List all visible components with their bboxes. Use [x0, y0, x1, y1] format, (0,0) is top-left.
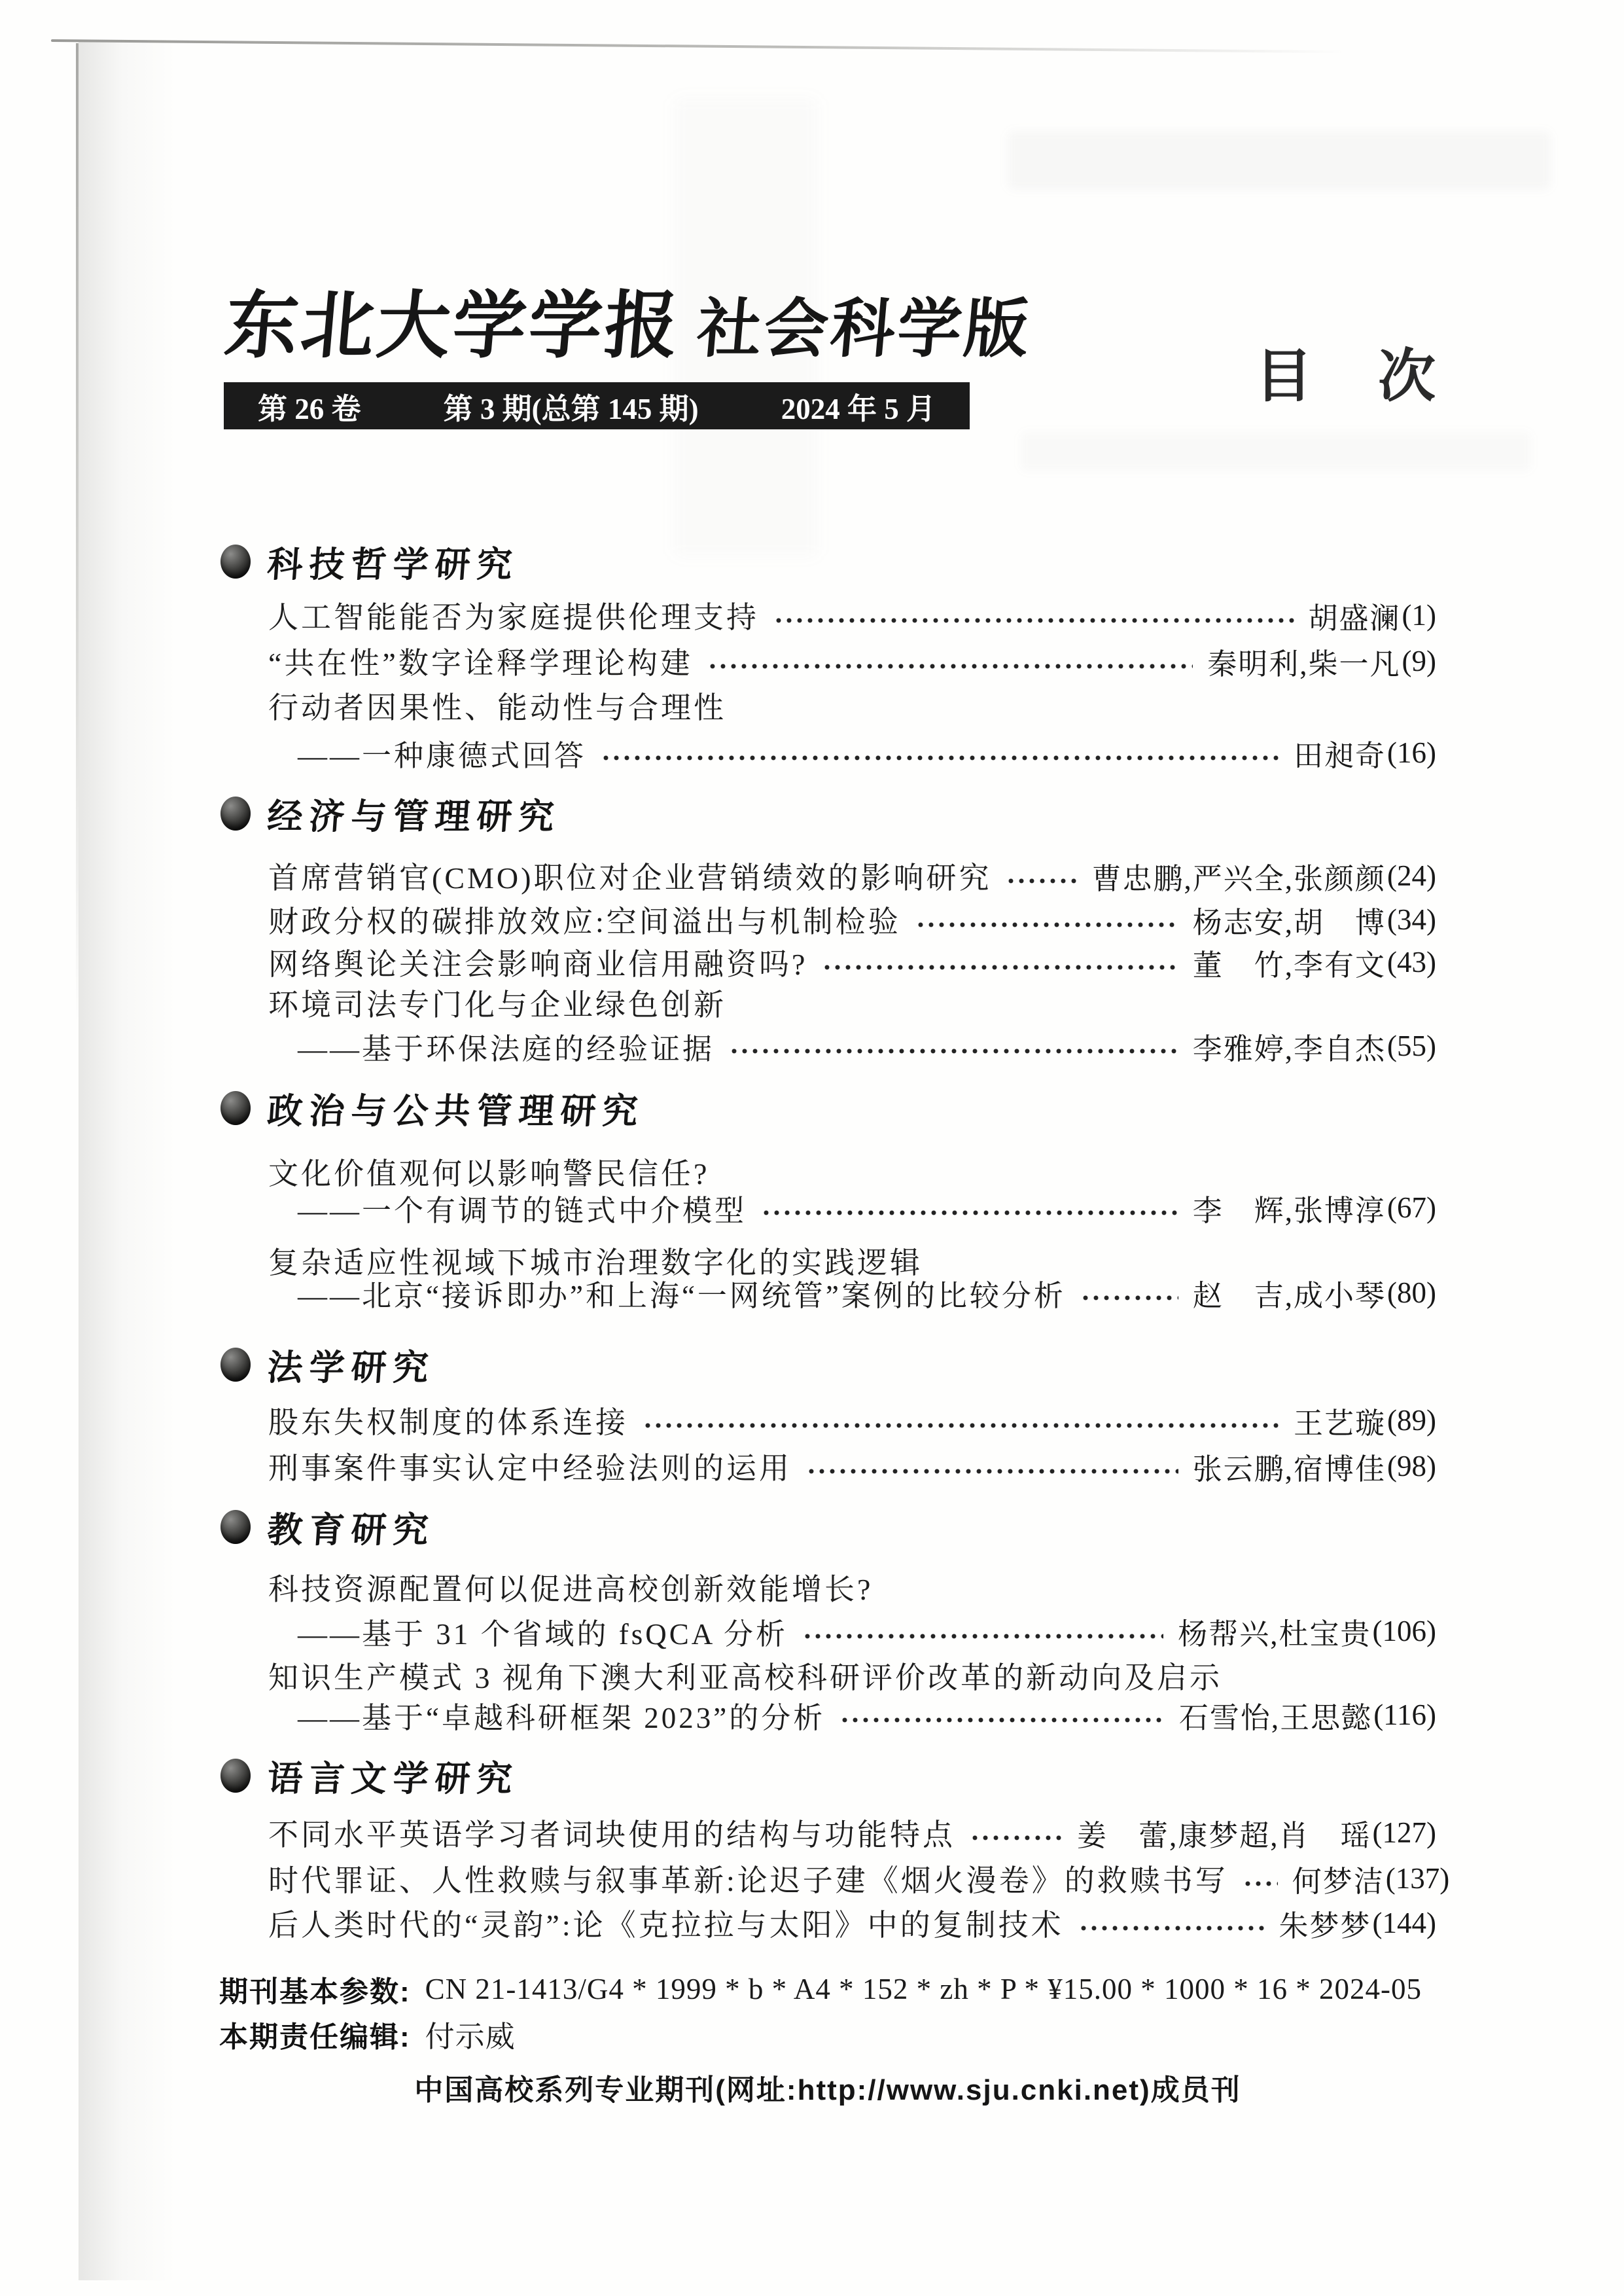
- dot-leader: [732, 1024, 1178, 1067]
- date-label: 2024 年 5 月: [781, 385, 936, 427]
- section-title: 教育研究: [266, 1502, 436, 1552]
- article-title: 首席营销官(CMO)职位对企业营销绩效的影响研究: [268, 854, 991, 897]
- article-authors: 何梦洁: [1292, 1857, 1385, 1900]
- toc-entry-subtitle: ——基于“卓越科研框架 2023”的分析 石雪怡,王思懿 (116): [219, 1693, 1436, 1736]
- article-authors: 秦明利,柴一凡: [1207, 640, 1400, 683]
- page-fold-shadow: [79, 42, 177, 2280]
- article-authors: 胡盛澜: [1309, 594, 1401, 637]
- dot-leader: [972, 1811, 1063, 1854]
- section-header: 科技哲学研究: [219, 537, 1436, 586]
- article-page: (24): [1387, 859, 1436, 893]
- toc-entry: 科技资源配置何以促进高校创新效能增长?: [219, 1566, 1436, 1609]
- membership-row: 中国高校系列专业期刊(网址:http://www.sju.cnki.net)成员…: [219, 2066, 1436, 2108]
- article-subtitle: ——基于环保法庭的经验证据: [298, 1025, 715, 1067]
- article-authors: 杨帮兴,杜宝贵: [1178, 1610, 1371, 1653]
- toc-entry-subtitle: ——北京“接诉即办”和上海“一网统管”案例的比较分析 赵 吉,成小琴 (80): [219, 1271, 1436, 1314]
- article-authors: 朱梦梦: [1279, 1902, 1371, 1945]
- article-page: (116): [1373, 1698, 1436, 1732]
- section-header: 经济与管理研究: [219, 789, 1436, 838]
- dot-leader: [1008, 854, 1077, 897]
- toc-entry-subtitle: ——基于环保法庭的经验证据 李雅婷,李自杰 (55): [219, 1024, 1436, 1067]
- article-page: (106): [1373, 1614, 1436, 1648]
- issue-info-bar: 第 26 卷 第 3 期(总第 145 期) 2024 年 5 月: [224, 382, 970, 429]
- dot-leader: [805, 1609, 1163, 1653]
- section-bullet-icon: [221, 1091, 251, 1125]
- section-bullet-icon: [221, 545, 251, 579]
- issue-label: 第 3 期(总第 145 期): [444, 385, 699, 427]
- dot-leader: [710, 639, 1193, 683]
- article-title: 网络舆论关注会影响商业信用融资吗?: [268, 941, 807, 984]
- article-authors: 董 竹,李有文: [1193, 941, 1386, 984]
- article-subtitle: ——北京“接诉即办”和上海“一网统管”案例的比较分析: [298, 1272, 1066, 1314]
- dot-leader: [764, 1186, 1178, 1229]
- toc-entry: 首席营销官(CMO)职位对企业营销绩效的影响研究 曹忠鹏,严兴全,张颜颜 (24…: [219, 854, 1436, 897]
- membership-text: 中国高校系列专业期刊(网址:http://www.sju.cnki.net)成员…: [414, 2066, 1241, 2108]
- article-title: 科技资源配置何以促进高校创新效能增长?: [268, 1566, 873, 1609]
- toc-entry: 环境司法专门化与企业绿色创新: [219, 981, 1436, 1024]
- section-bullet-icon: [221, 1510, 251, 1544]
- article-page: (55): [1387, 1029, 1436, 1063]
- toc-entry: 知识生产模式 3 视角下澳大利亚高校科研评价改革的新动向及启示: [219, 1654, 1436, 1697]
- article-authors: 杨志安,胡 博: [1193, 899, 1386, 941]
- toc-entry-subtitle: ——一个有调节的链式中介模型 李 辉,张博淳 (67): [219, 1186, 1436, 1229]
- article-subtitle: ——一种康德式回答: [298, 732, 586, 774]
- parameters-label: 期刊基本参数:: [219, 1968, 411, 2010]
- dot-leader: [842, 1693, 1165, 1736]
- toc-entry: 行动者因果性、能动性与合理性: [219, 684, 1436, 727]
- article-title: 知识生产模式 3 视角下澳大利亚高校科研评价改革的新动向及启示: [268, 1654, 1222, 1697]
- journal-parameters-row: 期刊基本参数: CN 21-1413/G4 * 1999 * b * A4 * …: [219, 1968, 1436, 2010]
- section-bullet-icon: [221, 1759, 251, 1793]
- parameters-value: CN 21-1413/G4 * 1999 * b * A4 * 152 * zh…: [425, 1972, 1422, 2006]
- page-left-edge: [76, 43, 79, 1025]
- article-page: (80): [1387, 1276, 1436, 1310]
- toc-entry: 后人类时代的“灵韵”:论《克拉拉与太阳》中的复制技术 朱梦梦 (144): [219, 1901, 1436, 1945]
- toc-entry-subtitle: ——一种康德式回答 田昶奇 (16): [219, 731, 1436, 774]
- page-top-edge: [51, 39, 1399, 54]
- article-subtitle: ——基于 31 个省域的 fsQCA 分析: [298, 1610, 788, 1653]
- section-title: 法学研究: [266, 1340, 436, 1390]
- volume-label: 第 26 卷: [258, 385, 361, 427]
- article-title: 时代罪证、人性救赎与叙事革新:论迟子建《烟火漫卷》的救赎书写: [268, 1857, 1228, 1900]
- article-page: (89): [1387, 1403, 1436, 1437]
- journal-title: 东北大学学报社会科学版: [221, 267, 1036, 372]
- article-authors: 李雅婷,李自杰: [1193, 1025, 1386, 1067]
- bleed-through-ghost: [1008, 131, 1551, 190]
- dot-leader: [645, 1399, 1279, 1442]
- editor-row: 本期责任编辑: 付示威: [219, 2013, 1436, 2055]
- article-page: (98): [1387, 1449, 1436, 1483]
- article-subtitle: ——一个有调节的链式中介模型: [298, 1187, 747, 1229]
- scanned-page: 东北大学学报社会科学版 目 次 第 26 卷 第 3 期(总第 145 期) 2…: [0, 0, 1624, 2296]
- toc-heading: 目 次: [1255, 331, 1439, 413]
- dot-leader: [809, 1444, 1178, 1488]
- editor-label: 本期责任编辑:: [219, 2013, 411, 2055]
- section-header: 政治与公共管理研究: [219, 1083, 1436, 1133]
- article-title: 后人类时代的“灵韵”:论《克拉拉与太阳》中的复制技术: [268, 1901, 1064, 1945]
- section-title: 经济与管理研究: [266, 789, 562, 839]
- section-bullet-icon: [221, 1348, 251, 1382]
- article-title: 刑事案件事实认定中经验法则的运用: [268, 1444, 792, 1488]
- section-bullet-icon: [221, 797, 251, 831]
- article-page: (16): [1387, 736, 1436, 770]
- section-header: 法学研究: [219, 1340, 1436, 1390]
- dot-leader: [1081, 1901, 1265, 1945]
- toc-entry: 人工智能能否为家庭提供伦理支持 胡盛澜 (1): [219, 594, 1436, 637]
- section-header: 教育研究: [219, 1502, 1436, 1552]
- editor-name: 付示威: [425, 2013, 516, 2055]
- article-authors: 田昶奇: [1294, 732, 1386, 774]
- toc-entry: 网络舆论关注会影响商业信用融资吗? 董 竹,李有文 (43): [219, 941, 1436, 984]
- article-title: 不同水平英语学习者词块使用的结构与功能特点: [268, 1811, 955, 1854]
- dot-leader: [824, 941, 1178, 984]
- section-header: 语言文学研究: [219, 1751, 1436, 1801]
- article-page: (127): [1373, 1816, 1436, 1850]
- section-title: 语言文学研究: [266, 1751, 520, 1801]
- article-title: 人工智能能否为家庭提供伦理支持: [268, 594, 759, 637]
- dot-leader: [1245, 1857, 1278, 1900]
- article-authors: 姜 蕾,康梦超,肖 瑶: [1077, 1812, 1371, 1854]
- toc-entry: 刑事案件事实认定中经验法则的运用 张云鹏,宿博佳 (98): [219, 1444, 1436, 1488]
- article-page: (67): [1387, 1191, 1436, 1225]
- toc-entry: 时代罪证、人性救赎与叙事革新:论迟子建《烟火漫卷》的救赎书写 何梦洁 (137): [219, 1857, 1436, 1900]
- toc-entry: 股东失权制度的体系连接 王艺璇 (89): [219, 1399, 1436, 1442]
- bleed-through-ghost: [1021, 432, 1531, 471]
- article-page: (1): [1402, 598, 1436, 632]
- dot-leader: [918, 898, 1178, 941]
- article-title: 财政分权的碳排放效应:空间溢出与机制检验: [268, 898, 901, 941]
- section-title: 政治与公共管理研究: [266, 1083, 646, 1134]
- article-subtitle: ——基于“卓越科研框架 2023”的分析: [298, 1694, 825, 1736]
- article-title: 环境司法专门化与企业绿色创新: [268, 981, 726, 1024]
- article-page: (137): [1386, 1861, 1449, 1895]
- article-authors: 张云鹏,宿博佳: [1193, 1445, 1386, 1488]
- toc-entry: 财政分权的碳排放效应:空间溢出与机制检验 杨志安,胡 博 (34): [219, 898, 1436, 941]
- journal-title-edition: 社会科学版: [694, 295, 1034, 365]
- article-page: (144): [1373, 1906, 1436, 1940]
- toc-entry: 不同水平英语学习者词块使用的结构与功能特点 姜 蕾,康梦超,肖 瑶 (127): [219, 1811, 1436, 1854]
- dot-leader: [776, 594, 1294, 637]
- section-title: 科技哲学研究: [266, 537, 520, 587]
- dot-leader: [1083, 1271, 1178, 1314]
- article-authors: 石雪怡,王思懿: [1179, 1694, 1372, 1736]
- journal-title-main: 东北大学学报: [222, 286, 684, 367]
- article-title: 行动者因果性、能动性与合理性: [268, 684, 726, 727]
- toc-entry-subtitle: ——基于 31 个省域的 fsQCA 分析 杨帮兴,杜宝贵 (106): [219, 1609, 1436, 1653]
- article-authors: 赵 吉,成小琴: [1193, 1272, 1386, 1314]
- article-title: 股东失权制度的体系连接: [268, 1399, 628, 1442]
- article-title: “共在性”数字诠释学理论构建: [268, 639, 693, 683]
- dot-leader: [603, 731, 1279, 774]
- article-authors: 李 辉,张博淳: [1193, 1187, 1386, 1229]
- article-authors: 王艺璇: [1294, 1399, 1386, 1442]
- toc-entry: “共在性”数字诠释学理论构建 秦明利,柴一凡 (9): [219, 639, 1436, 683]
- article-authors: 曹忠鹏,严兴全,张颜颜: [1092, 855, 1386, 897]
- article-page: (9): [1402, 644, 1436, 678]
- article-page: (34): [1387, 903, 1436, 937]
- article-page: (43): [1387, 945, 1436, 979]
